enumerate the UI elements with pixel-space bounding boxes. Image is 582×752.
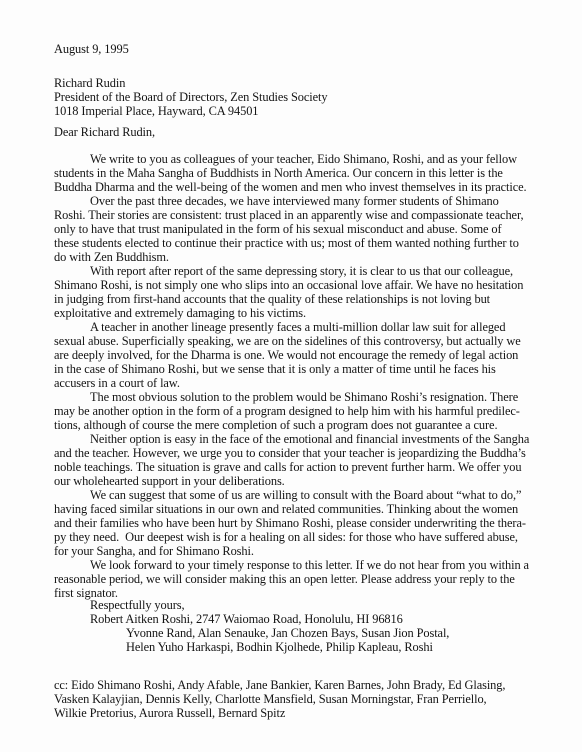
recipient-title: President of the Board of Directors, Zen… [54, 90, 327, 104]
paragraph-first-line: Neither option is easy in the face of th… [90, 432, 529, 446]
paragraph-first-line: We look forward to your timely response … [90, 558, 529, 572]
body-line: in the case of Shimano Roshi, but we sen… [54, 362, 496, 376]
cc-line: Wilkie Pretorius, Aurora Russell, Bernar… [54, 706, 285, 720]
body-line: having faced similar situations in our o… [54, 502, 518, 516]
body-line: only to have that trust manipulated in t… [54, 222, 502, 236]
paragraph-first-line: We write to you as colleagues of your te… [90, 152, 517, 166]
body-line: Roshi. Their stories are consistent: tru… [54, 208, 523, 222]
body-line: sexual abuse. Superficially speaking, we… [54, 334, 521, 348]
paragraph-first-line: A teacher in another lineage presently f… [90, 320, 505, 334]
body-line: are deeply involved, for the Dharma is o… [54, 348, 518, 362]
closing: Respectfully yours, [90, 598, 184, 612]
cc-line: Vasken Kalayjian, Dennis Kelly, Charlott… [54, 692, 487, 706]
body-line: py they need. Our deepest wish is for a … [54, 530, 518, 544]
body-line: may be another option in the form of a p… [54, 404, 520, 418]
body-line: exploitative and extremely damaging to h… [54, 306, 306, 320]
body-line: accusers in a court of law. [54, 376, 180, 390]
letter-page: August 9, 1995 Richard Rudin President o… [0, 0, 582, 752]
body-line: reasonable period, we will consider maki… [54, 572, 515, 586]
recipient-name: Richard Rudin [54, 76, 125, 90]
paragraph-first-line: We can suggest that some of us are willi… [90, 488, 521, 502]
paragraph-first-line: With report after report of the same dep… [90, 264, 513, 278]
body-line: Buddha Dharma and the well-being of the … [54, 180, 527, 194]
letter-date: August 9, 1995 [54, 42, 129, 56]
body-line: for your Sangha, and for Shimano Roshi. [54, 544, 254, 558]
body-line: do with Zen Buddhism. [54, 250, 169, 264]
body-line: tions, although of course the mere compl… [54, 418, 497, 432]
paragraph-first-line: Over the past three decades, we have int… [90, 194, 499, 208]
salutation: Dear Richard Rudin, [54, 125, 155, 139]
signatories-line-2: Helen Yuho Harkaspi, Bodhin Kjolhede, Ph… [126, 640, 433, 654]
body-line: students in the Maha Sangha of Buddhists… [54, 166, 503, 180]
body-line: and the teacher. However, we urge you to… [54, 446, 526, 460]
cc-line: cc: Eido Shimano Roshi, Andy Afable, Jan… [54, 678, 505, 692]
body-line: these students elected to continue their… [54, 236, 519, 250]
body-line: Shimano Roshi, is not simply one who sli… [54, 278, 523, 292]
body-line: and their families who have been hurt by… [54, 516, 526, 530]
body-line: in judging from first-hand accounts that… [54, 292, 490, 306]
signatory-first: Robert Aitken Roshi, 2747 Waiomao Road, … [90, 612, 403, 626]
recipient-address: 1018 Imperial Place, Hayward, CA 94501 [54, 104, 258, 118]
body-line: our wholehearted support in your deliber… [54, 474, 285, 488]
body-line: noble teachings. The situation is grave … [54, 460, 521, 474]
signatories-line-1: Yvonne Rand, Alan Senauke, Jan Chozen Ba… [126, 626, 449, 640]
paragraph-first-line: The most obvious solution to the problem… [90, 390, 518, 404]
